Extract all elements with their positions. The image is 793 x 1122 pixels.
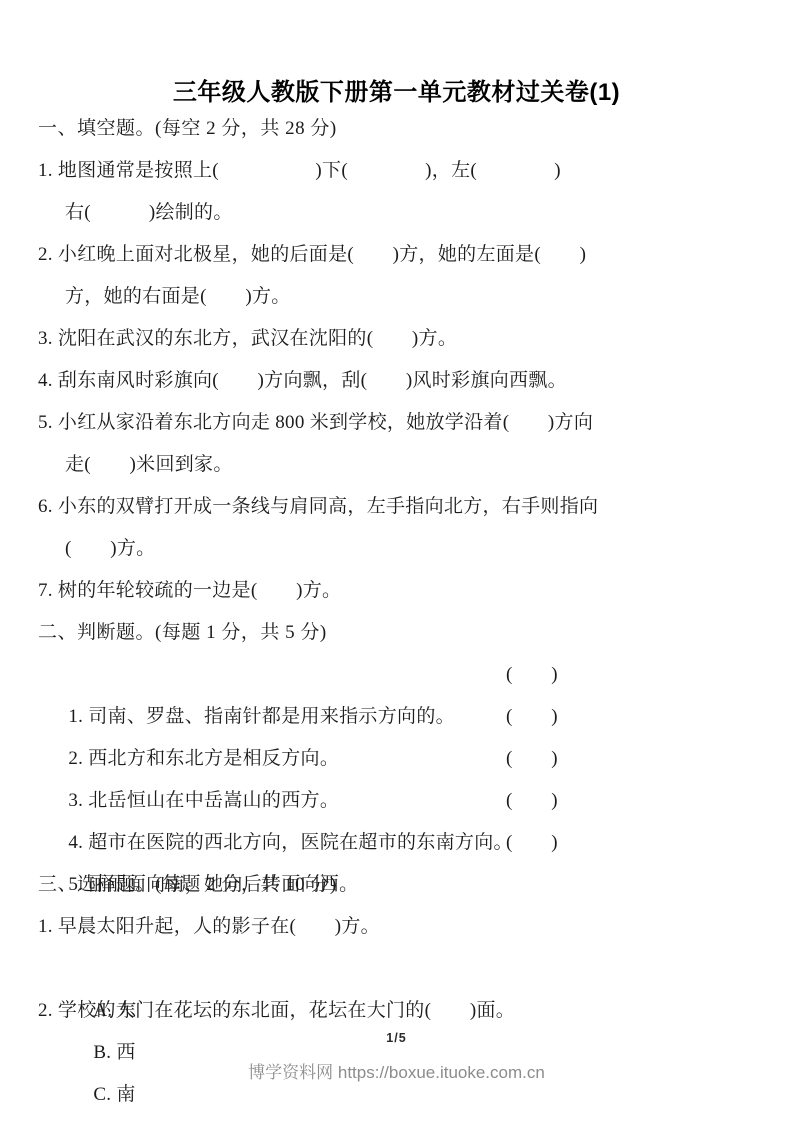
fill-question-line: 方，她的右面是( )方。	[38, 276, 755, 318]
judge-question-line: 2. 西北方和东北方是相反方向。 ( )	[38, 696, 755, 738]
choice-option-c: C. 南	[93, 1074, 135, 1116]
judge-answer-bracket: ( )	[506, 780, 558, 822]
judge-answer-bracket: ( )	[506, 654, 558, 696]
fill-question-line: 6. 小东的双臂打开成一条线与肩同高，左手指向北方，右手则指向	[38, 486, 755, 528]
judge-question-line: 1. 司南、罗盘、指南针都是用来指示方向的。 ( )	[38, 654, 755, 696]
choice-question-line: 2. 学校的大门在花坛的东北面，花坛在大门的( )面。	[38, 990, 755, 1032]
fill-question-line: ( )方。	[38, 528, 755, 570]
choice-option-b: B. 西	[93, 1032, 253, 1074]
judge-section-heading: 二、判断题。(每题 1 分，共 5 分)	[38, 612, 755, 654]
fill-section-heading: 一、填空题。(每空 2 分，共 28 分)	[38, 108, 755, 150]
judge-answer-bracket: ( )	[506, 822, 558, 864]
fill-question-line: 4. 刮东南风时彩旗向( )方向飘，刮( )风时彩旗向西飘。	[38, 360, 755, 402]
fill-question-line: 走( )米回到家。	[38, 444, 755, 486]
exam-page: 三年级人教版下册第一单元教材过关卷(1) 一、填空题。(每空 2 分，共 28 …	[0, 0, 793, 1122]
fill-question-line: 3. 沈阳在武汉的东北方，武汉在沈阳的( )方。	[38, 318, 755, 360]
exam-title: 三年级人教版下册第一单元教材过关卷(1)	[38, 78, 755, 108]
fill-question-line: 1. 地图通常是按照上( )下( )，左( )	[38, 150, 755, 192]
judge-question-line: 3. 北岳恒山在中岳嵩山的西方。 ( )	[38, 738, 755, 780]
judge-question-line: 5. 丽丽面向南，她向后转面向西。 ( )	[38, 822, 755, 864]
choice-section-heading: 三、选择题。(每题 2 分，共 10 分)	[38, 864, 755, 906]
choice-options-row: A. 东 B. 西 C. 南	[38, 948, 755, 990]
judge-answer-bracket: ( )	[506, 696, 558, 738]
fill-question-line: 5. 小红从家沿着东北方向走 800 米到学校，她放学沿着( )方向	[38, 402, 755, 444]
judge-answer-bracket: ( )	[506, 738, 558, 780]
judge-question-line: 4. 超市在医院的西北方向，医院在超市的东南方向。 ( )	[38, 780, 755, 822]
choice-question-line: 1. 早晨太阳升起，人的影子在( )方。	[38, 906, 755, 948]
fill-question-line: 右( )绘制的。	[38, 192, 755, 234]
fill-question-line: 7. 树的年轮较疏的一边是( )方。	[38, 570, 755, 612]
fill-question-line: 2. 小红晚上面对北极星，她的后面是( )方，她的左面是( )	[38, 234, 755, 276]
exam-body: 一、填空题。(每空 2 分，共 28 分) 1. 地图通常是按照上( )下( )…	[38, 108, 755, 1032]
